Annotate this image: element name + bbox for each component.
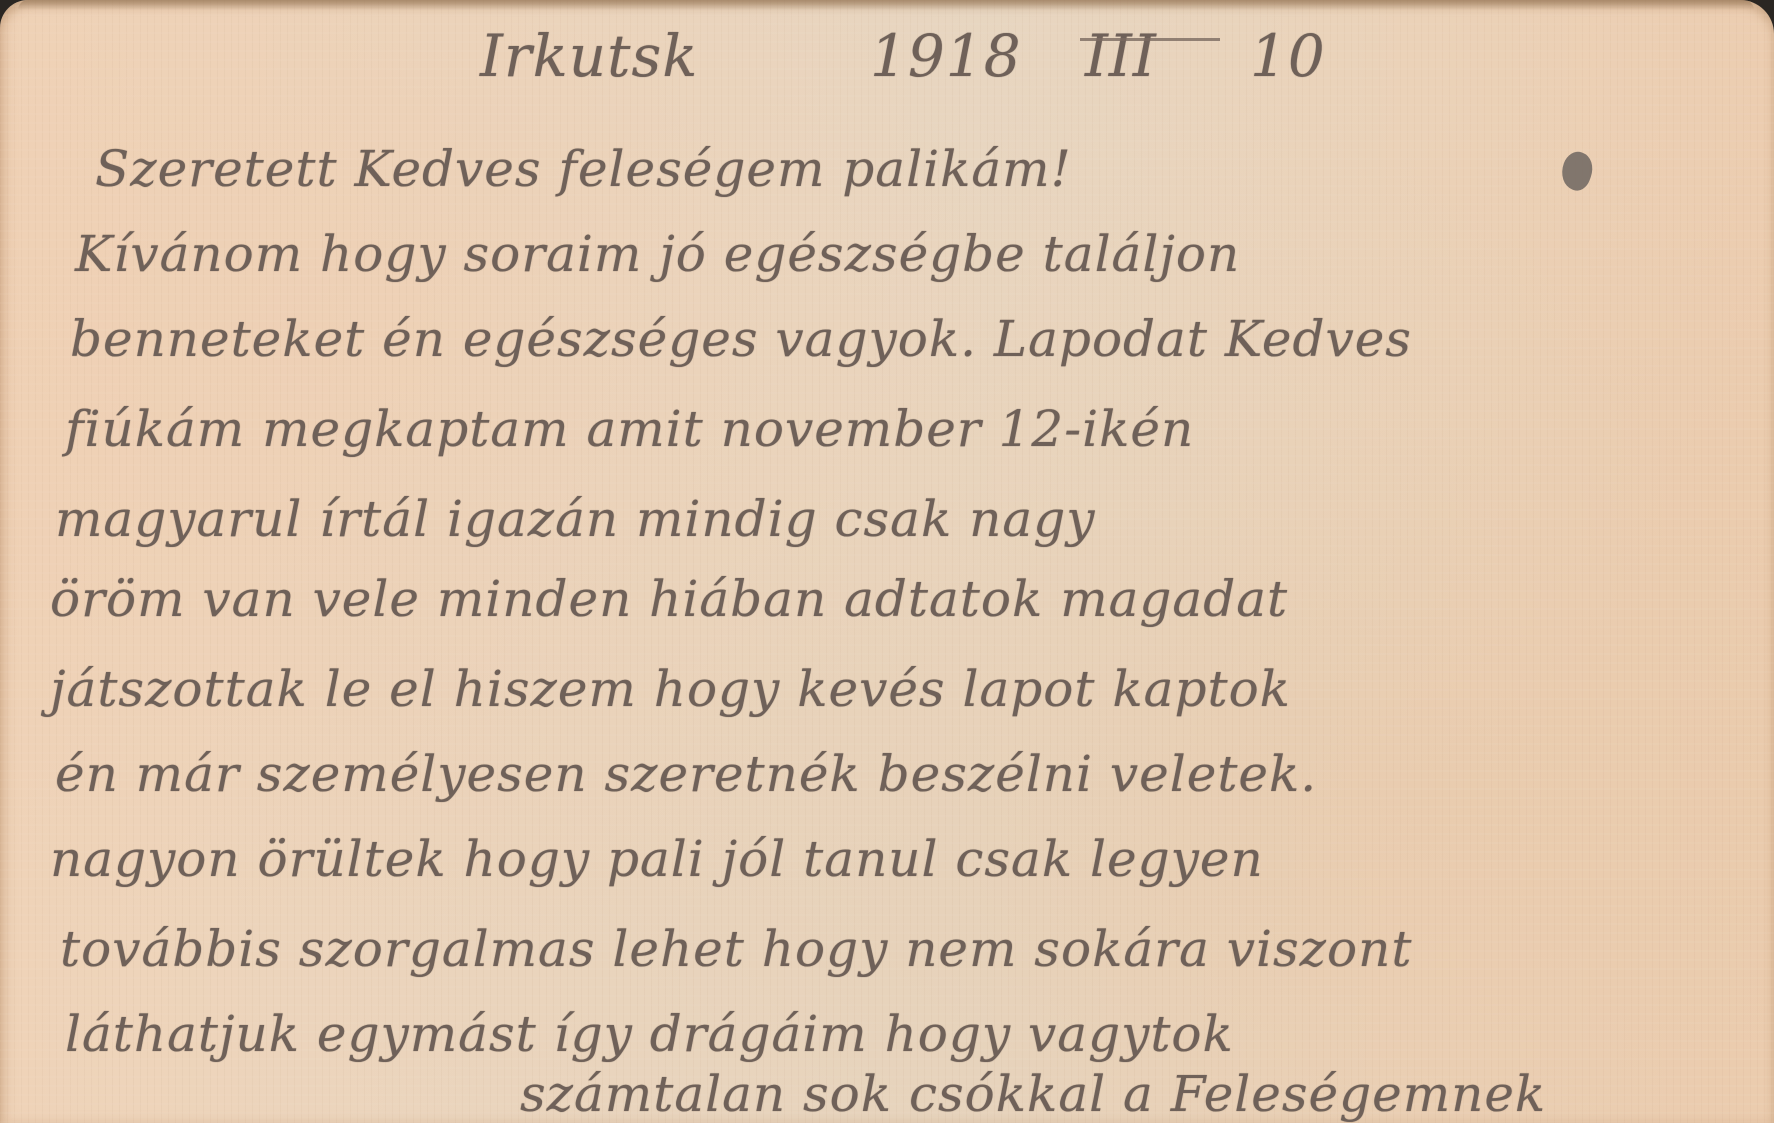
date-month: III xyxy=(1085,22,1157,90)
postcard: Irkutsk 1918 III 10 Szeretett Kedves fel… xyxy=(0,0,1774,1123)
month-overline xyxy=(1080,38,1220,41)
worn-top-edge xyxy=(18,0,1754,10)
letter-line-6: öröm van vele minden hiában adtatok maga… xyxy=(50,570,1288,628)
ink-blot xyxy=(1556,148,1597,194)
letter-line-5: magyarul írtál igazán mindig csak nagy xyxy=(55,490,1095,548)
letter-line-9: nagyon örültek hogy pali jól tanul csak … xyxy=(50,830,1264,888)
letter-line-3: benneteket én egészséges vagyok. Lapodat… xyxy=(70,310,1412,368)
letter-line-1: Szeretett Kedves feleségem palikám! xyxy=(95,140,1072,198)
date-year: 1918 xyxy=(870,22,1022,90)
letter-closing-line: számtalan sok csókkal a Feleségemnek xyxy=(520,1065,1546,1123)
letter-line-2: Kívánom hogy soraim jó egészségbe találj… xyxy=(75,225,1240,283)
letter-line-7: játszottak le el hiszem hogy kevés lapot… xyxy=(50,660,1291,718)
letter-line-8: én már személyesen szeretnék beszélni ve… xyxy=(55,745,1317,803)
letter-line-4: fiúkám megkaptam amit november 12-ikén xyxy=(65,400,1194,458)
letter-line-11: láthatjuk egymást így drágáim hogy vagyt… xyxy=(65,1005,1234,1063)
date-day: 10 xyxy=(1250,22,1326,90)
place-name: Irkutsk xyxy=(480,22,698,90)
letter-line-10: továbbis szorgalmas lehet hogy nem sokár… xyxy=(60,920,1412,978)
